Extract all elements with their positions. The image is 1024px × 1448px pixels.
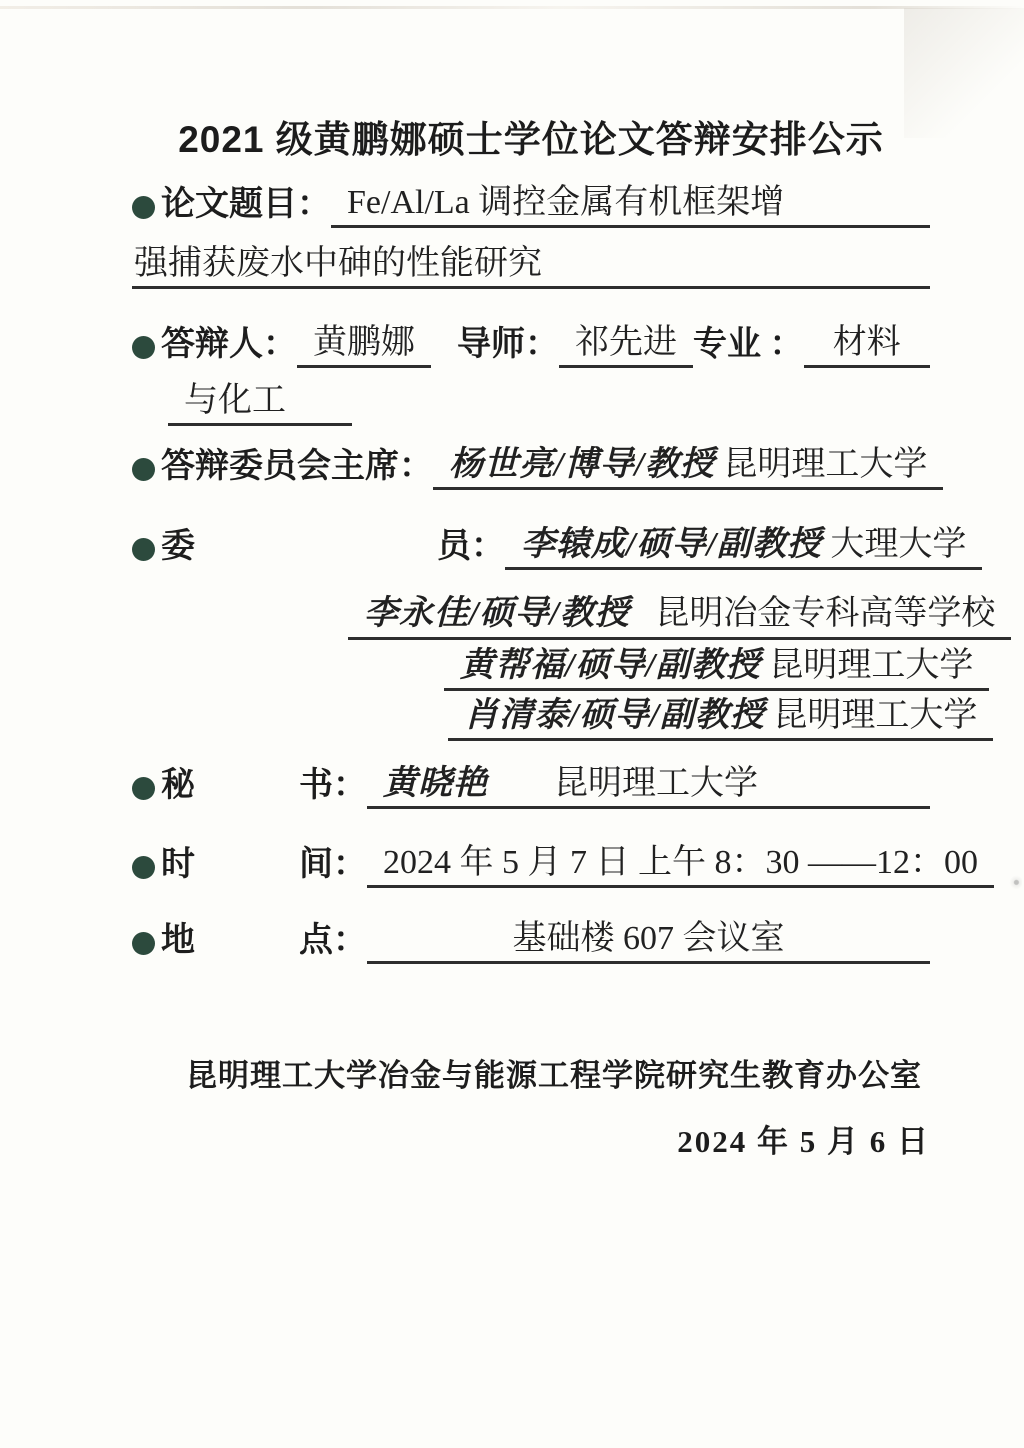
chair-value: 杨世亮/博导/教授 昆明理工大学	[433, 446, 943, 490]
bullet-icon	[132, 458, 155, 481]
bullet-icon	[132, 336, 155, 359]
secretary-label: 秘 书：	[161, 767, 367, 809]
document-content: 2021 级黄鹏娜硕士学位论文答辩安排公示 论文题目： Fe/Al/La 调控金…	[0, 0, 1024, 1161]
time-row: 时 间： 2024 年 5 月 7 日 上午 8：30 ——12：00	[132, 844, 930, 888]
committee-member-row: 李永佳/硕导/教授 昆明冶金专科高等学校	[348, 595, 930, 639]
secretary-row: 秘 书： 黄晓艳昆明理工大学	[132, 765, 930, 809]
member-affiliation: 大理大学	[830, 526, 966, 563]
thesis-title-line2: 强捕获废水中砷的性能研究	[132, 245, 930, 289]
chair-name: 杨世亮/博导/教授	[449, 446, 715, 483]
secretary-value: 黄晓艳昆明理工大学	[367, 765, 930, 809]
advisor-label: 导师：	[457, 326, 559, 368]
bullet-icon	[132, 196, 155, 219]
time-value: 2024 年 5 月 7 日 上午 8：30 ——12：00	[367, 844, 994, 888]
major-line1: 材料	[804, 324, 931, 368]
time-label-right: 间：	[299, 846, 367, 884]
committee-member-3: 黄帮福/硕导/副教授 昆明理工大学	[444, 647, 989, 691]
major-line2: 与化工	[168, 382, 352, 426]
member-name: 李辕成/硕导/副教授	[521, 526, 822, 563]
secretary-name: 黄晓艳	[383, 765, 488, 802]
committee-member-row: 肖清泰/硕导/副教授 昆明理工大学	[448, 697, 930, 741]
bullet-icon	[132, 777, 155, 800]
committee-label-right: 员：	[437, 528, 505, 566]
member-affiliation: 昆明理工大学	[769, 647, 973, 684]
member-name: 李永佳/硕导/教授	[364, 595, 630, 632]
committee-member-1: 李辕成/硕导/副教授 大理大学	[505, 526, 982, 570]
bullet-icon	[132, 856, 155, 879]
location-row: 地 点： 基础楼 607 会议室	[132, 920, 930, 964]
committee-member-2: 李永佳/硕导/教授 昆明冶金专科高等学校	[348, 595, 1011, 639]
chair-label: 答辩委员会主席：	[161, 448, 433, 490]
time-label: 时 间：	[161, 846, 367, 888]
thesis-title-continuation-row: 强捕获废水中砷的性能研究	[132, 245, 930, 289]
secretary-label-left: 秘	[161, 767, 195, 805]
footer-office: 昆明理工大学冶金与能源工程学院研究生教育办公室	[132, 1050, 930, 1095]
time-label-left: 时	[161, 846, 195, 884]
thesis-title-row: 论文题目： Fe/Al/La 调控金属有机框架增	[132, 184, 930, 228]
committee-chair-row: 答辩委员会主席： 杨世亮/博导/教授 昆明理工大学	[132, 446, 930, 490]
member-name: 肖清泰/硕导/副教授	[464, 697, 765, 734]
bullet-icon	[132, 538, 155, 561]
committee-label: 委 员：	[161, 528, 505, 570]
footer-date: 2024 年 5 月 6 日	[132, 1116, 930, 1161]
committee-member-4: 肖清泰/硕导/副教授 昆明理工大学	[448, 697, 993, 741]
location-value: 基础楼 607 会议室	[367, 920, 930, 964]
bullet-icon	[132, 932, 155, 955]
thesis-title-line1: Fe/Al/La 调控金属有机框架增	[331, 184, 930, 228]
location-label-right: 点：	[299, 922, 367, 960]
committee-label-left: 委	[161, 528, 195, 566]
committee-member-row: 黄帮福/硕导/副教授 昆明理工大学	[444, 647, 930, 691]
chair-affiliation: 昆明理工大学	[723, 446, 927, 483]
thesis-title-label: 论文题目：	[161, 186, 331, 228]
major-continuation-row: 与化工	[132, 382, 930, 426]
advisor-name: 祁先进	[559, 324, 693, 368]
defender-name: 黄鹏娜	[297, 324, 431, 368]
committee-member-row: 委 员： 李辕成/硕导/副教授 大理大学	[132, 526, 930, 570]
page-title: 2021 级黄鹏娜硕士学位论文答辩安排公示	[132, 118, 930, 162]
secretary-label-right: 书：	[299, 767, 367, 805]
member-affiliation: 昆明冶金专科高等学校	[655, 595, 995, 632]
major-label: 专业 ：	[693, 326, 804, 368]
location-label-left: 地	[161, 922, 195, 960]
location-label: 地 点：	[161, 922, 367, 964]
defender-label: 答辩人：	[161, 326, 297, 368]
secretary-affiliation: 昆明理工大学	[554, 765, 758, 802]
member-affiliation: 昆明理工大学	[773, 697, 977, 734]
member-name: 黄帮福/硕导/副教授	[460, 647, 761, 684]
defender-row: 答辩人： 黄鹏娜 导师： 祁先进 专业 ： 材料	[132, 324, 930, 368]
document-page: 2021 级黄鹏娜硕士学位论文答辩安排公示 论文题目： Fe/Al/La 调控金…	[0, 0, 1024, 1448]
